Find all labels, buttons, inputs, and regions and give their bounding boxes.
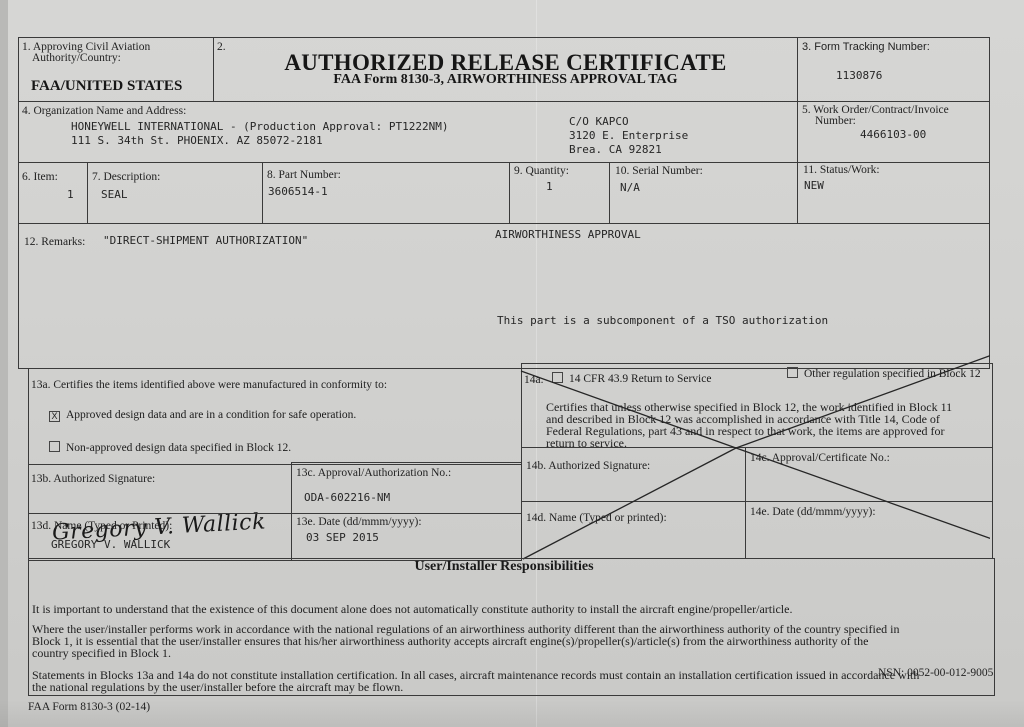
block-7-description: 7. Description: SEAL (87, 162, 263, 224)
checkbox-non-approved-design[interactable] (49, 441, 60, 452)
block-14e-date: 14e. Date (dd/mmm/yyyy): (745, 501, 993, 559)
block-10-serial-number: 10. Serial Number: N/A (609, 162, 798, 224)
checkbox-approved-design[interactable]: X (49, 411, 60, 422)
option-approved-design[interactable]: XApproved design data and are in a condi… (49, 409, 356, 422)
option-cfr-43-9-label: 14 CFR 43.9 Return to Service (569, 373, 711, 385)
part-number-value: 3606514-1 (268, 185, 328, 199)
quantity-value: 1 (546, 180, 553, 194)
block-2-title: 2. AUTHORIZED RELEASE CERTIFICATE FAA Fo… (213, 37, 798, 102)
block-13c-approval-number: 13c. Approval/Authorization No.: ODA-602… (291, 462, 522, 514)
serial-number-value: N/A (620, 181, 640, 195)
status-value: NEW (804, 179, 824, 193)
status-header: 11. Status/Work: (803, 164, 880, 176)
responsibilities-title: User/Installer Responsibilities (18, 559, 990, 575)
block-13a-conformity: 13a. Certifies the items identified abov… (28, 368, 522, 465)
authority-value: FAA/UNITED STATES (31, 78, 182, 95)
block-13b-label: 13b. Authorized Signature: (31, 473, 155, 485)
org-line-1: HONEYWELL INTERNATIONAL - (Production Ap… (71, 120, 449, 134)
block-4-label: 4. Organization Name and Address: (22, 105, 186, 117)
responsibilities-para-1: It is important to understand that the e… (32, 603, 792, 615)
option-other-regulation-label: Other regulation specified in Block 12 (804, 368, 981, 380)
option-cfr-43-9[interactable]: 14 CFR 43.9 Return to Service (552, 372, 711, 385)
block-12-remarks: 12. Remarks: "DIRECT-SHIPMENT AUTHORIZAT… (18, 223, 990, 369)
checkbox-cfr-43-9[interactable] (552, 372, 563, 383)
form-identifier: FAA Form 8130-3 (02-14) (28, 701, 150, 713)
block-1-label-line2: Authority/Country: (32, 52, 121, 64)
responsibilities-para-2-line-3: country specified in Block 1. (32, 647, 171, 659)
block-13b-signature: 13b. Authorized Signature: (28, 464, 292, 514)
printed-name: GREGORY V. WALLICK (51, 538, 170, 552)
block-13c-label: 13c. Approval/Authorization No.: (296, 467, 451, 479)
block-13e-date: 13e. Date (dd/mmm/yyyy): 03 SEP 2015 (291, 513, 522, 561)
block-13a-label: 13a. Certifies the items identified abov… (31, 379, 387, 391)
block-3-label: 3. Form Tracking Number: (802, 41, 930, 53)
serial-number-header: 10. Serial Number: (615, 165, 703, 177)
block-4-organization: 4. Organization Name and Address: HONEYW… (18, 101, 798, 163)
block-1-authority: 1. Approving Civil Aviation Authority/Co… (18, 37, 214, 102)
co-line-1: C/O KAPCO (569, 115, 629, 129)
block-14a-label: 14a. (524, 374, 543, 386)
approval-number: ODA-602216-NM (304, 491, 390, 505)
authorized-release-certificate: 1. Approving Civil Aviation Authority/Co… (18, 37, 990, 702)
shadow (0, 700, 1024, 727)
block-5-work-order: 5. Work Order/Contract/Invoice Number: 4… (797, 101, 990, 163)
option-other-regulation[interactable]: Other regulation specified in Block 12 (787, 367, 981, 380)
block-11-status: 11. Status/Work: NEW (797, 162, 990, 224)
block-14b-label: 14b. Authorized Signature: (526, 460, 650, 472)
block-14a-return-to-service: 14a. 14 CFR 43.9 Return to Service Other… (521, 363, 993, 448)
nsn-number: NSN: 0052-00-012-9005 (878, 667, 993, 679)
block-3-tracking: 3. Form Tracking Number: 1130876 (797, 37, 990, 102)
org-line-2: 111 S. 34th St. PHOENIX. AZ 85072-2181 (71, 134, 323, 148)
block-14b-signature: 14b. Authorized Signature: (521, 447, 746, 502)
block-9-quantity: 9. Quantity: 1 (509, 162, 610, 224)
block-14c-label: 14c. Approval/Certificate No.: (750, 452, 890, 464)
responsibilities-para-3-line-2: the national regulations by the user/ins… (32, 681, 403, 693)
block-13e-label: 13e. Date (dd/mmm/yyyy): (296, 516, 422, 528)
option-approved-label: Approved design data and are in a condit… (66, 409, 356, 421)
block-14d-label: 14d. Name (Typed or printed): (526, 512, 667, 524)
remarks-line-3: This part is a subcomponent of a TSO aut… (497, 314, 828, 328)
block-14d-name: 14d. Name (Typed or printed): (521, 501, 746, 559)
date-value: 03 SEP 2015 (306, 531, 379, 545)
co-line-2: 3120 E. Enterprise (569, 129, 688, 143)
quantity-header: 9. Quantity: (514, 165, 569, 177)
block-14c-certificate-number: 14c. Approval/Certificate No.: (745, 447, 993, 502)
work-order-number: 4466103-00 (860, 128, 926, 142)
remarks-label: 12. Remarks: (24, 236, 85, 248)
remarks-line-1: "DIRECT-SHIPMENT AUTHORIZATION" (103, 234, 308, 248)
tracking-number: 1130876 (836, 69, 882, 83)
block-13d-label: 13d. Name (Typed or Printed): (31, 520, 172, 532)
option-non-approved-design[interactable]: Non-approved design data specified in Bl… (49, 441, 291, 454)
block-5-label-line2: Number: (815, 115, 856, 127)
description-value: SEAL (101, 188, 128, 202)
block-6-item: 6. Item: 1 (18, 162, 88, 224)
item-value: 1 (67, 188, 74, 202)
description-header: 7. Description: (92, 171, 160, 183)
block-14e-label: 14e. Date (dd/mmm/yyyy): (750, 506, 876, 518)
checkbox-other-regulation[interactable] (787, 367, 798, 378)
item-header: 6. Item: (22, 171, 58, 183)
block-13d-name: 13d. Name (Typed or Printed): GREGORY V.… (28, 513, 292, 561)
form-subtitle: FAA Form 8130-3, AIRWORTHINESS APPROVAL … (214, 72, 797, 88)
remarks-line-2: AIRWORTHINESS APPROVAL (495, 228, 641, 242)
option-non-approved-label: Non-approved design data specified in Bl… (66, 442, 291, 454)
part-number-header: 8. Part Number: (267, 169, 341, 181)
co-line-3: Brea. CA 92821 (569, 143, 662, 157)
block-8-part-number: 8. Part Number: 3606514-1 (262, 162, 510, 224)
